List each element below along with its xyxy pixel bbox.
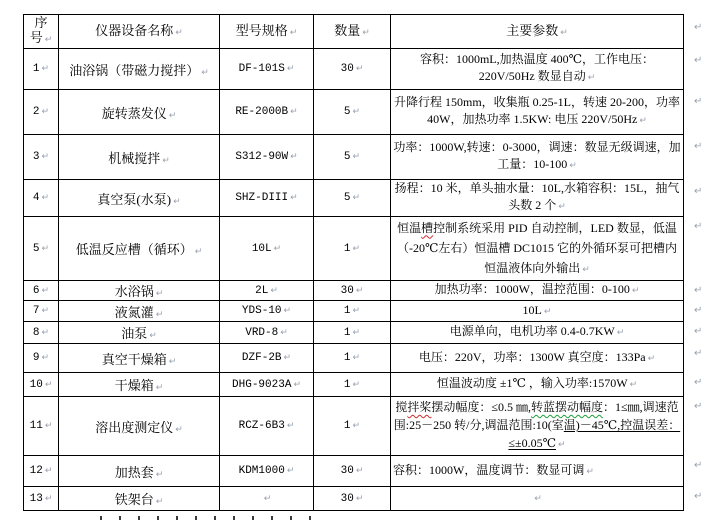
paragraph-mark-icon: [694, 300, 706, 312]
paragraph-mark-icon: [694, 216, 706, 228]
cell-qty: 30: [314, 487, 391, 511]
table-row: 5 低温反应槽（循环） 10L 1 恒温槽控制系统采用 PID 自动控制，LED…: [24, 217, 684, 281]
cell-name: 水浴锅: [59, 281, 220, 301]
cell-no: 7: [24, 301, 59, 322]
paragraph-mark-icon: [694, 486, 706, 498]
cell-no: 5: [24, 217, 59, 281]
cell-params: 扬程：10 米，单头抽水量：10L,水箱容积：15L，抽气头数 2 个: [391, 180, 684, 217]
paragraph-mark-icon: [694, 136, 706, 148]
paragraph-mark-icon: [694, 372, 706, 384]
clipped-text-top: [100, 516, 318, 520]
cell-model: KDM1000: [220, 456, 314, 487]
cell-no: 6: [24, 281, 59, 301]
cell-model: RCZ-6B3: [220, 397, 314, 456]
paragraph-mark-icon: [694, 17, 706, 29]
cell-qty: 1: [314, 344, 391, 373]
cell-qty: 1: [314, 217, 391, 281]
cell-params: 搅拌桨摆动幅度：≤0.5 ㎜,转蓝摆动幅度：1≤㎜,调速范围:25－250 转/…: [391, 397, 684, 456]
cell-qty: 30: [314, 49, 391, 90]
table-row: 2 旋转蒸发仪 RE-2000B 5 升降行程 150mm，收集瓶 0.25-1…: [24, 90, 684, 135]
table-row: 1 油浴锅（带磁力搅拌） DF-101S 30 容积：1000mL,加热温度 4…: [24, 49, 684, 90]
cell-name: 液氮灌: [59, 301, 220, 322]
cell-params: 容积：1000mL,加热温度 400℃，工作电压：220V/50Hz 数显自动: [391, 49, 684, 90]
cell-params: 容积：1000W，温度调节：数显可调: [391, 456, 684, 487]
cell-no: 2: [24, 90, 59, 135]
cell-name: 真空泵(水泵): [59, 180, 220, 217]
cell-params: 10L: [391, 301, 684, 322]
spellcheck-red-wavy-text: 拌桨: [407, 400, 431, 414]
paragraph-mark-icon: [694, 396, 706, 408]
table-row: 9 真空干燥箱 DZF-2B 1 电压：220V，功率：1300W 真空度：13…: [24, 344, 684, 373]
cell-name: 机械搅拌: [59, 135, 220, 180]
cell-no: 9: [24, 344, 59, 373]
paragraph-mark-icon: [694, 455, 706, 467]
cell-params: 功率：1000W,转速：0-3000，调速：数显无级调速，加工量：10-100: [391, 135, 684, 180]
table-row: 12 加热套 KDM1000 30 容积：1000W，温度调节：数显可调: [24, 456, 684, 487]
cell-no: 10: [24, 373, 59, 397]
cell-model: YDS-10: [220, 301, 314, 322]
header-col-qty: 数量: [314, 15, 391, 49]
cell-params: 恒温槽控制系统采用 PID 自动控制，LED 数显，低温（-20℃左右）恒温槽 …: [391, 217, 684, 281]
paragraph-mark-icon: [694, 50, 706, 62]
table-row: 10 干燥箱 DHG-9023A 1 恒温波动度 ±1℃ ，输入功率:1570W: [24, 373, 684, 397]
paragraph-mark-icon: [694, 321, 706, 333]
cell-qty: 1: [314, 322, 391, 344]
document-page: 序 号 仪器设备名称 型号规格 数量 主要参数 1 油浴锅（带磁力搅拌） DF-…: [0, 0, 715, 520]
header-col-no: 序 号: [24, 15, 59, 49]
cell-qty: 1: [314, 397, 391, 456]
table-row: 6 水浴锅 2L 30 加热功率：1000W，温控范围：0-100: [24, 281, 684, 301]
cell-qty: 30: [314, 281, 391, 301]
header-col-model: 型号规格: [220, 15, 314, 49]
table-row: 8 油泵 VRD-8 1 电源单向，电机功率 0.4-0.7KW: [24, 322, 684, 344]
cell-no: 3: [24, 135, 59, 180]
table-header-row: 序 号 仪器设备名称 型号规格 数量 主要参数: [24, 15, 684, 49]
cell-qty: 30: [314, 456, 391, 487]
cell-name: 真空干燥箱: [59, 344, 220, 373]
cell-name: 油泵: [59, 322, 220, 344]
cell-name: 低温反应槽（循环）: [59, 217, 220, 281]
cell-model: S312-90W: [220, 135, 314, 180]
cell-model: RE-2000B: [220, 90, 314, 135]
cell-no: 8: [24, 322, 59, 344]
cell-qty: 1: [314, 373, 391, 397]
cell-no: 11: [24, 397, 59, 456]
params-text: 搅: [395, 400, 407, 414]
cell-qty: 5: [314, 90, 391, 135]
cell-params: 加热功率：1000W，温控范围：0-100: [391, 281, 684, 301]
grammarcheck-green-wavy-text: 转蓝摆动幅度: [531, 400, 603, 414]
cell-params: 恒温波动度 ±1℃ ，输入功率:1570W: [391, 373, 684, 397]
cell-no: 13: [24, 487, 59, 511]
table-row: 3 机械搅拌 S312-90W 5 功率：1000W,转速：0-3000，调速：…: [24, 135, 684, 180]
cell-model: DF-101S: [220, 49, 314, 90]
table-row: 7 液氮灌 YDS-10 1 10L: [24, 301, 684, 322]
spellcheck-red-wavy-text: 槽: [421, 221, 433, 235]
cell-name: 旋转蒸发仪: [59, 90, 220, 135]
params-text: 控制系统采用 PID 自动控制，LED 数显，低温（-20℃左右）恒温槽 DC1…: [397, 221, 677, 275]
cell-params: 升降行程 150mm，收集瓶 0.25-1L，转速 20-200，功率 40W，…: [391, 90, 684, 135]
cell-params: 电压：220V，功率：1300W 真空度：133Pa: [391, 344, 684, 373]
cell-name: 铁架台: [59, 487, 220, 511]
cell-name: 加热套: [59, 456, 220, 487]
cell-no: 1: [24, 49, 59, 90]
cell-model: VRD-8: [220, 322, 314, 344]
cell-qty: 1: [314, 301, 391, 322]
cell-params: 电源单向，电机功率 0.4-0.7KW: [391, 322, 684, 344]
cell-model: SHZ-DIII: [220, 180, 314, 217]
cell-no: 12: [24, 456, 59, 487]
cell-no: 4: [24, 180, 59, 217]
table-row: 13 铁架台 30: [24, 487, 684, 511]
paragraph-mark-icon: [694, 343, 706, 355]
cell-name: 干燥箱: [59, 373, 220, 397]
cell-name: 油浴锅（带磁力搅拌）: [59, 49, 220, 90]
paragraph-mark-icon: [694, 181, 706, 193]
paragraph-mark-icon: [694, 91, 706, 103]
params-text: 摆动幅度：≤0.5 ㎜,: [431, 400, 531, 414]
cell-qty: 5: [314, 135, 391, 180]
cell-name: 溶出度测定仪: [59, 397, 220, 456]
cell-params: [391, 487, 684, 511]
cell-model: 10L: [220, 217, 314, 281]
cell-model: DHG-9023A: [220, 373, 314, 397]
cell-model: 2L: [220, 281, 314, 301]
paragraph-mark-icon: [694, 280, 706, 292]
header-col-params: 主要参数: [391, 15, 684, 49]
table-row: 4 真空泵(水泵) SHZ-DIII 5 扬程：10 米，单头抽水量：10L,水…: [24, 180, 684, 217]
cell-qty: 5: [314, 180, 391, 217]
cell-model: DZF-2B: [220, 344, 314, 373]
table-row: 11 溶出度测定仪 RCZ-6B3 1 搅拌桨摆动幅度：≤0.5 ㎜,转蓝摆动幅…: [24, 397, 684, 456]
cell-model: [220, 487, 314, 511]
params-text: 恒温: [397, 221, 421, 235]
header-col-name: 仪器设备名称: [59, 15, 220, 49]
equipment-table: 序 号 仪器设备名称 型号规格 数量 主要参数 1 油浴锅（带磁力搅拌） DF-…: [23, 14, 684, 511]
